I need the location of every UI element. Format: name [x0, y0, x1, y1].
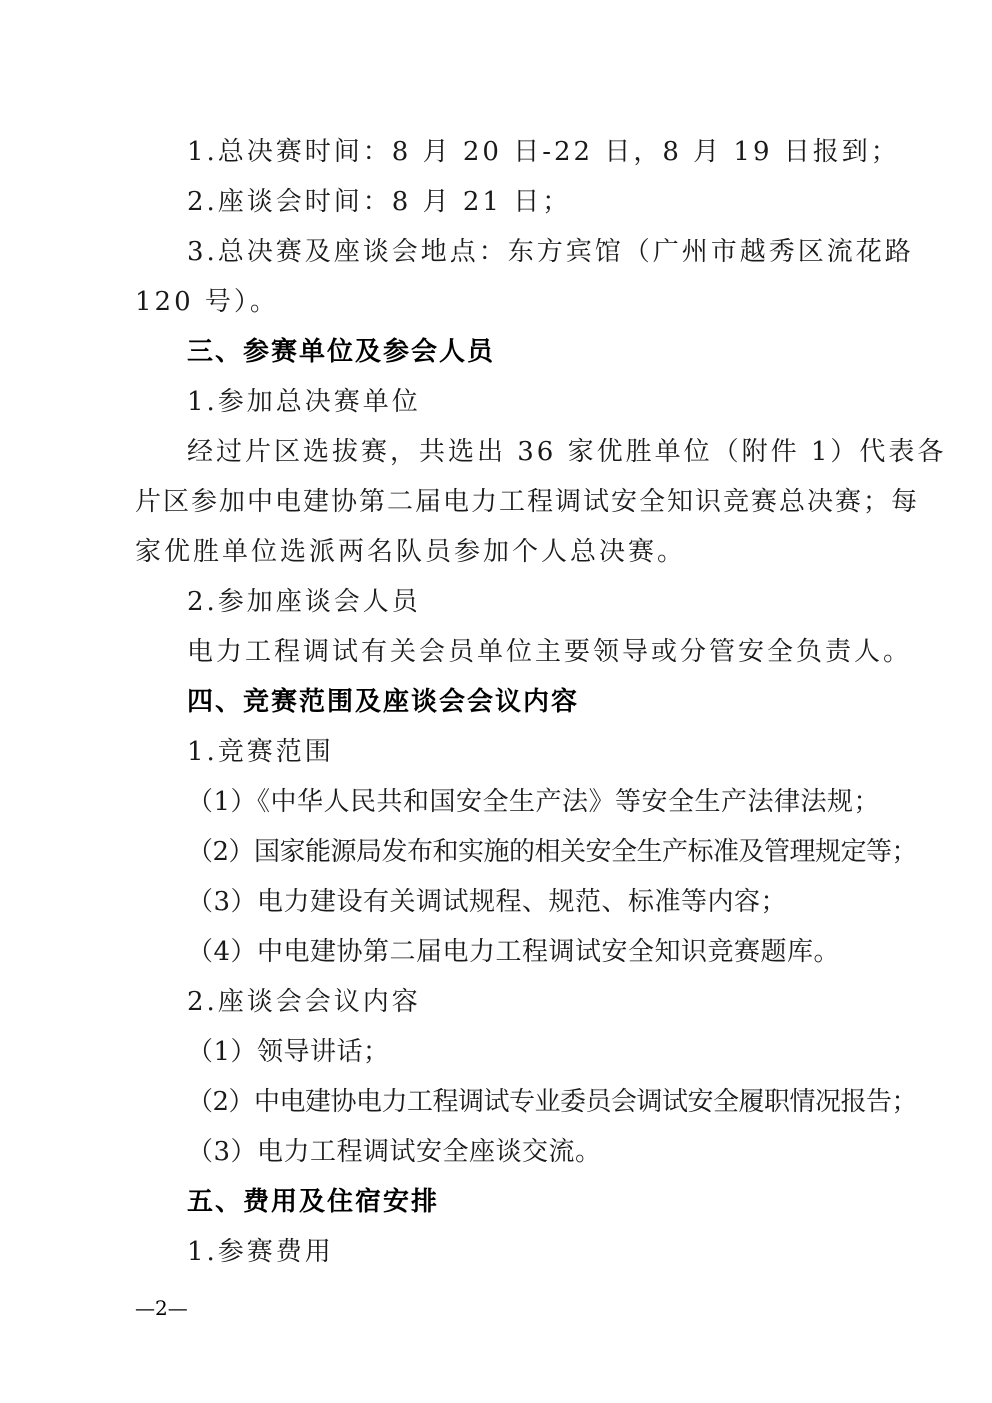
subsection-final-units: 1.参加总决赛单位	[187, 387, 421, 417]
page-number: —2—	[135, 1296, 188, 1320]
section-3-heading: 三、参赛单位及参会人员	[187, 337, 495, 367]
content-item: （1）领导讲话；	[187, 1037, 390, 1067]
symposium-time: 2.座谈会时间：8 月 21 日；	[187, 187, 571, 217]
subsection-scope: 1.竞赛范围	[187, 737, 334, 767]
scope-item: （2）国家能源局发布和实施的相关安全生产标准及管理规定等；	[187, 837, 917, 867]
paragraph-line: 家优胜单位选派两名队员参加个人总决赛。	[135, 537, 686, 567]
venue-cont: 120 号）。	[135, 287, 279, 317]
subsection-fees: 1.参赛费用	[187, 1237, 334, 1267]
document-page: 1.总决赛时间：8 月 20 日-22 日，8 月 19 日报到； 2.座谈会时…	[0, 0, 992, 1403]
section-5-heading: 五、费用及住宿安排	[187, 1187, 439, 1217]
subsection-symposium-content: 2.座谈会会议内容	[187, 987, 421, 1017]
paragraph-line: 片区参加中电建协第二届电力工程调试安全知识竞赛总决赛；每	[135, 487, 919, 517]
section-4-heading: 四、竞赛范围及座谈会会议内容	[187, 687, 579, 717]
paragraph-line: 经过片区选拔赛，共选出 36 家优胜单位（附件 1）代表各	[187, 437, 946, 467]
scope-item: （4）中电建协第二届电力工程调试安全知识竞赛题库。	[187, 937, 840, 967]
venue: 3.总决赛及座谈会地点：东方宾馆（广州市越秀区流花路	[187, 237, 914, 267]
content-item: （2）中电建协电力工程调试专业委员会调试安全履职情况报告；	[187, 1087, 917, 1117]
scope-item: （1）《中华人民共和国安全生产法》等安全生产法律法规；	[187, 787, 880, 817]
subsection-symposium-attendees: 2.参加座谈会人员	[187, 587, 421, 617]
paragraph-line: 电力工程调试有关会员单位主要领导或分管安全负责人。	[187, 637, 912, 667]
content-item: （3）电力工程调试安全座谈交流。	[187, 1137, 602, 1167]
scope-item: （3）电力建设有关调试规程、规范、标准等内容；	[187, 887, 787, 917]
final-time: 1.总决赛时间：8 月 20 日-22 日，8 月 19 日报到；	[187, 137, 900, 167]
